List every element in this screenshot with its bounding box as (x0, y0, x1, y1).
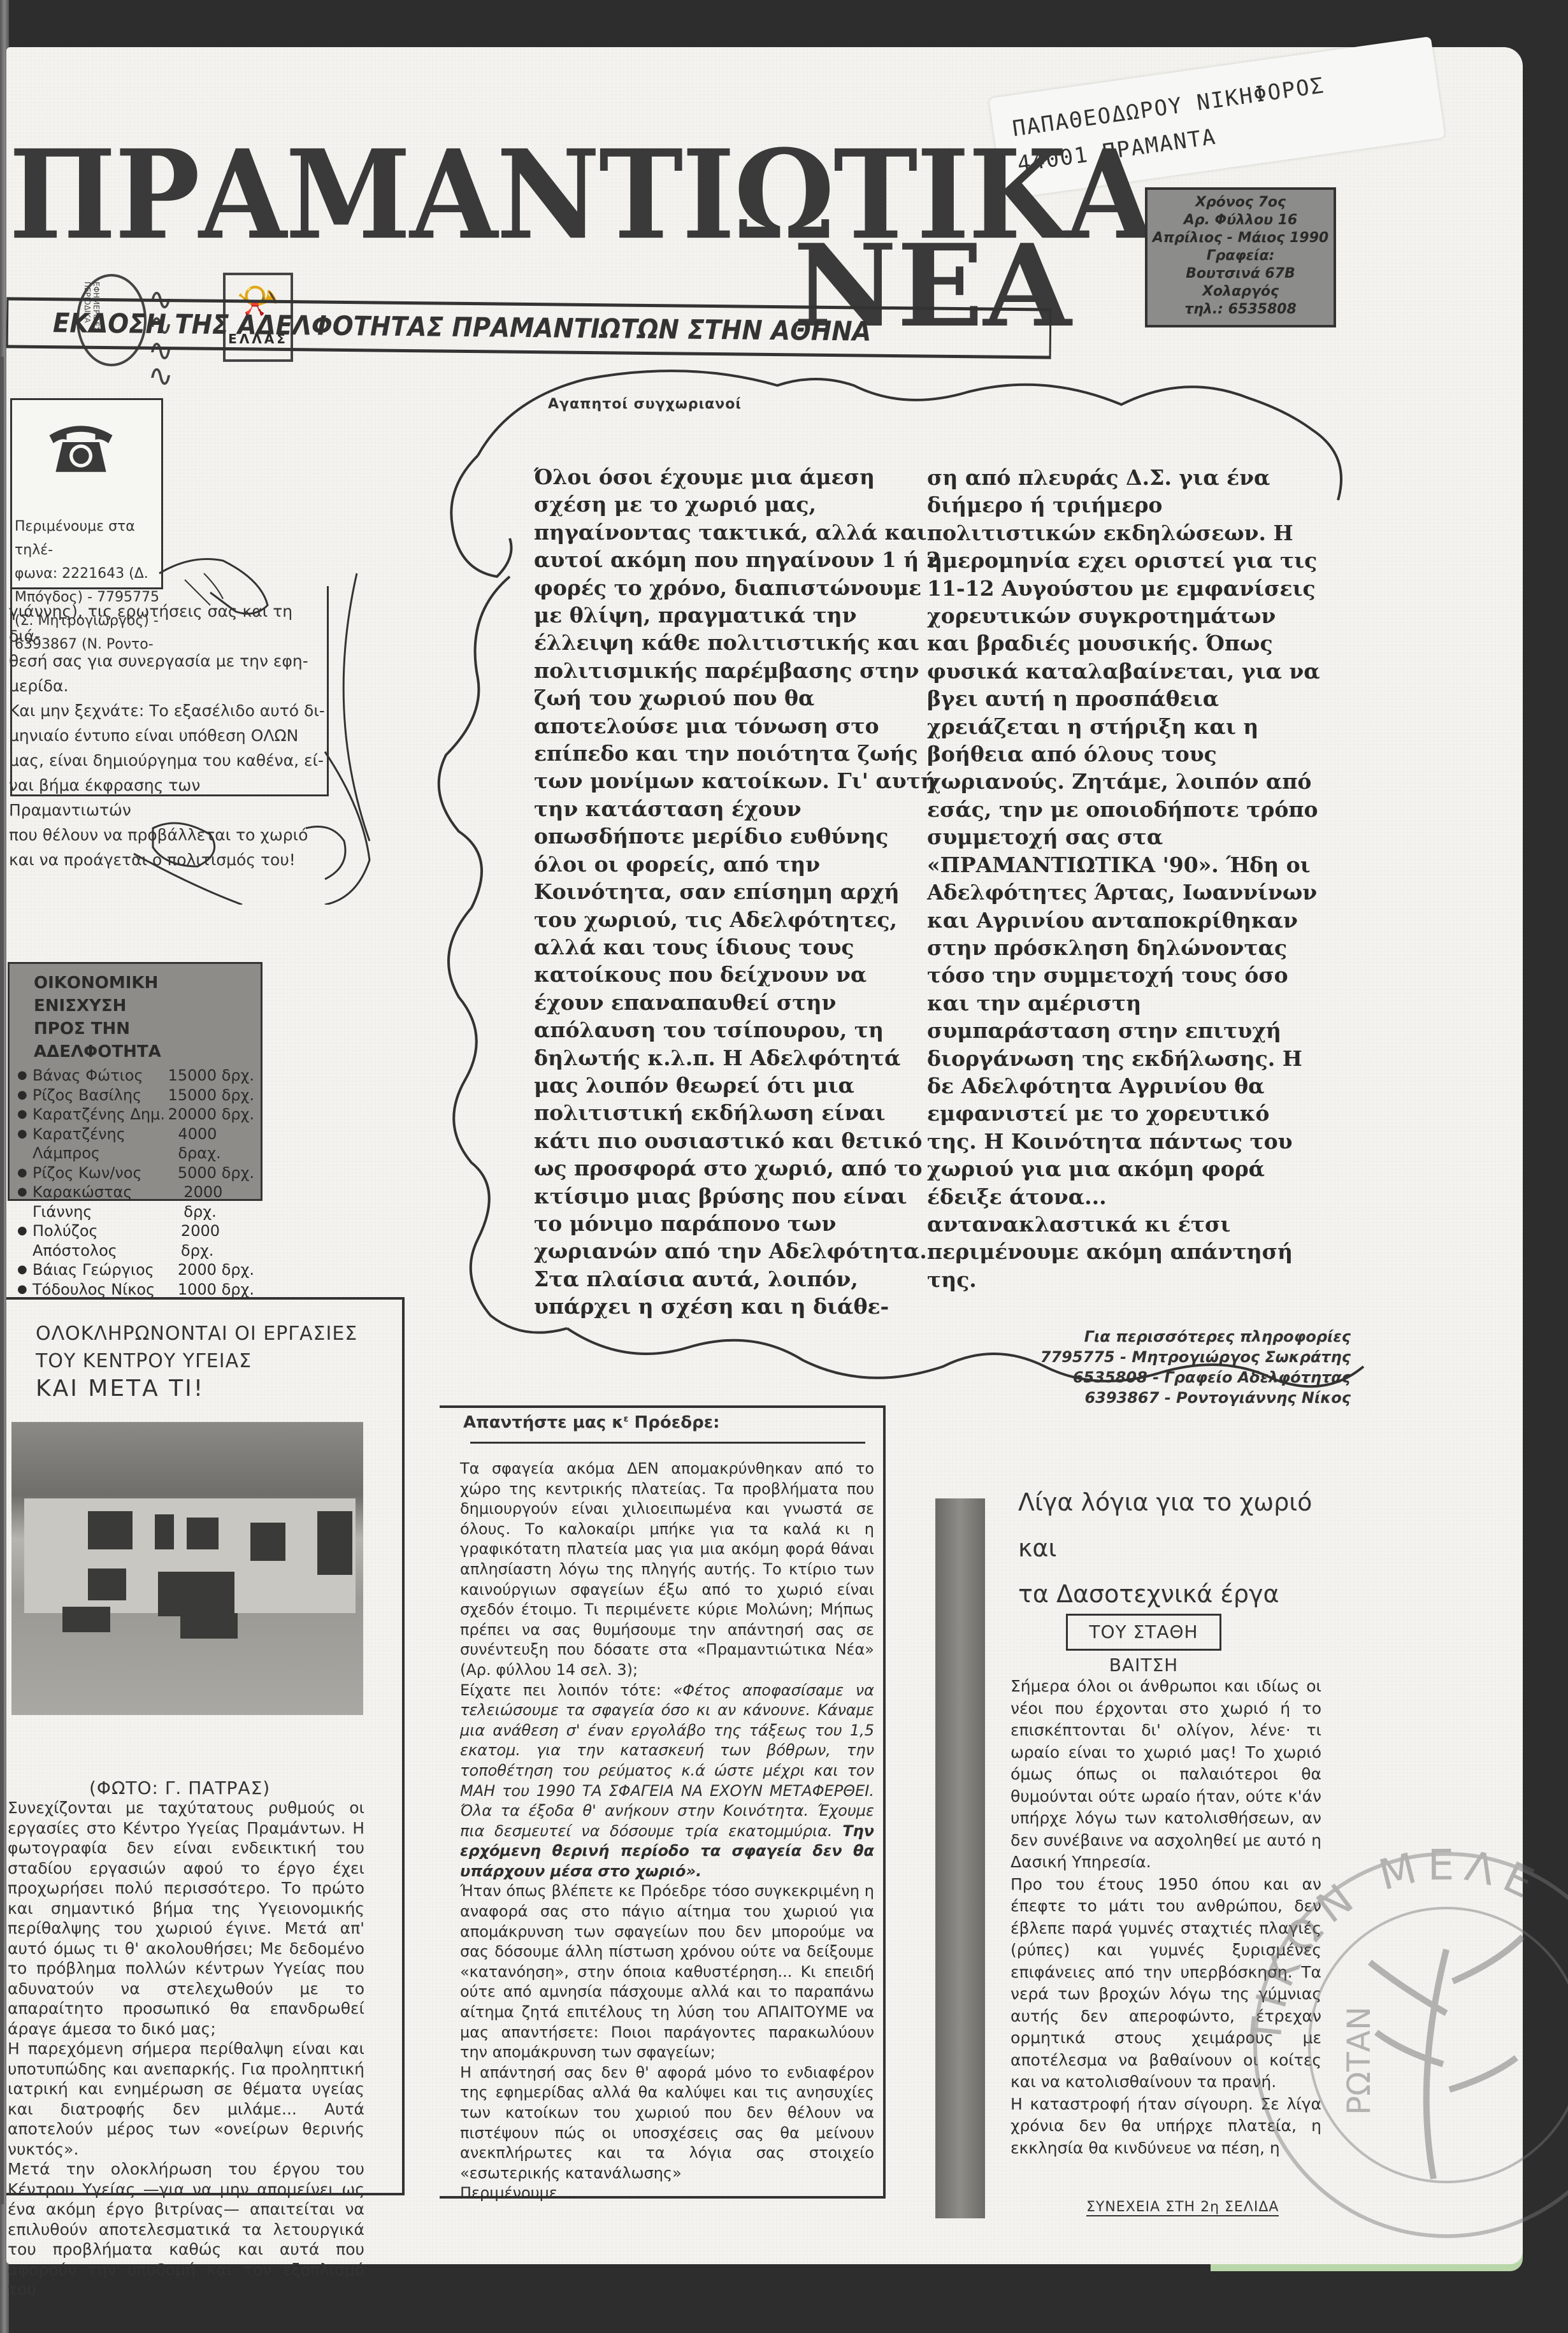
photo-window (88, 1511, 133, 1549)
letter-contact-info: Για περισσότερες πληροφορίες 7795775 - Μ… (994, 1326, 1351, 1408)
donor-name: Βάνας Φώτιος (32, 1066, 143, 1086)
title-text: Απαντήστε μας κ (463, 1413, 624, 1432)
donation-amount: 5000 δρχ. (178, 1163, 254, 1183)
donor-name: Πολύζος Απόστολος (32, 1221, 181, 1260)
issue-info-box: Χρόνος 7ος Αρ. Φύλλου 16 Απρίλιος - Μάιο… (1145, 187, 1336, 327)
offices-label: Γραφεία: (1147, 247, 1334, 265)
donation-amount: 2000 δρχ. (183, 1182, 254, 1221)
donation-item: Καρατζένης Λάμπρος4000 δραχ. (29, 1124, 254, 1163)
health-center-headline: ΟΛΟΚΛΗΡΩΝΟΝΤΑΙ ΟΙ ΕΡΓΑΣΙΕΣ ΤΟΥ ΚΕΝΤΡΟΥ Υ… (36, 1320, 357, 1402)
donor-name: Καρατζένης Δημ. (32, 1105, 165, 1124)
telephone-icon (43, 419, 119, 477)
donor-name: Τόδουλος Νίκος (32, 1280, 155, 1300)
donation-amount: 2000 δρχ. (178, 1260, 254, 1280)
photo-window (180, 1613, 238, 1639)
contact-text-line: ναι βήμα έκφρασης των Πραμαντιωτών (9, 773, 327, 822)
headline-line: ΚΑΙ ΜΕΤΑ ΤΙ! (36, 1375, 357, 1402)
letter-text: ση από πλευράς Δ.Σ. για ένα διήμερο ή τρ… (927, 464, 1322, 1293)
article-paragraph: Προ του έτους 1950 όπου και αν έπεφτε το… (1011, 1874, 1321, 2093)
article-paragraph: Είχατε πει λοιπόν τότε: «Φέτος αποφασίσα… (460, 1681, 874, 1882)
issue-date: Απρίλιος - Μάιος 1990 (1147, 229, 1334, 247)
quote-intro: Είχατε πει λοιπόν τότε: (460, 1681, 673, 1699)
answer-article-title: Απαντήστε μας κε Πρόεδρε: (463, 1413, 720, 1432)
donations-list: Βάνας Φώτιος15000 δρχ. Ρίζος Βασίλης1500… (29, 1066, 254, 1299)
article-paragraph: Μετά την ολοκλήρωση του έργου του Κέντρο… (8, 2159, 364, 2300)
donor-name: Ρίζος Κων/νος (32, 1163, 142, 1183)
article-byline: ΤΟΥ ΣΤΑΘΗ ΒΑΙΤΣΗ (1066, 1614, 1221, 1651)
contact-text-line: γιάννης), τις ερωτήσεις σας και τη διά- (9, 599, 327, 649)
donor-name: Καρακώστας Γιάννης (32, 1182, 183, 1221)
donation-amount: 2000 δρχ. (181, 1221, 254, 1260)
contact-info-line: Για περισσότερες πληροφορίες (994, 1326, 1351, 1347)
headline-line: ΟΛΟΚΛΗΡΩΝΟΝΤΑΙ ΟΙ ΕΡΓΑΣΙΕΣ (36, 1320, 357, 1347)
donation-amount: 15000 δρχ. (168, 1086, 254, 1105)
masthead-subtitle: ΕΚΔΟΣΗ ΤΗΣ ΑΔΕΛΦΟΤΗΤΑΣ ΠΡΑΜΑΝΤΙΩΤΩΝ ΣΤΗΝ… (53, 307, 872, 347)
answer-title-rule (470, 1442, 865, 1444)
article-paragraph: Η παρεχόμενη σήμερα περίθαλψη είναι και … (8, 2039, 364, 2159)
contact-text-line: μερίδα. (9, 673, 327, 698)
title-text: Πρόεδρε: (628, 1413, 719, 1432)
photo-window (88, 1568, 126, 1600)
contact-info-line: 6535808 - Γραφείο Αδελφότητας (994, 1367, 1351, 1388)
donation-amount: 1000 δρχ. (178, 1280, 254, 1300)
donor-name: Ρίζος Βασίλης (32, 1086, 141, 1105)
title-line: Λίγα λόγια για το χωριό (1018, 1479, 1312, 1525)
donation-item: Καρατζένης Δημ.20000 δρχ. (29, 1105, 254, 1124)
health-center-body: Συνεχίζονται με ταχύτατους ρυθμούς οι ερ… (8, 1798, 364, 2300)
contact-text: γιάννης), τις ερωτήσεις σας και τη διά- … (9, 599, 327, 872)
photo-window (62, 1607, 110, 1632)
health-center-building-photo (11, 1422, 363, 1715)
office-phone: τηλ.: 6535808 (1147, 301, 1334, 319)
issue-number: Αρ. Φύλλου 16 (1147, 212, 1334, 229)
donations-title-line: ΟΙΚΟΝΟΜΙΚΗ ΕΝΙΣΧΥΣΗ (34, 972, 254, 1017)
donation-amount: 15000 δρχ. (168, 1066, 254, 1086)
photo-window (158, 1572, 234, 1616)
donation-item: Καρακώστας Γιάννης2000 δρχ. (29, 1182, 254, 1221)
contact-info-line: 6393867 - Ροντογιάννης Νίκος (994, 1388, 1351, 1408)
quote-text: «Φέτος αποφασίσαμε να τελειώσουμε τα σφα… (460, 1681, 874, 1840)
article-paragraph: Σήμερα όλοι οι άνθρωποι και ιδίως οι νέο… (1011, 1676, 1321, 1874)
photo-window (317, 1511, 352, 1575)
office-street: Βουτσινά 67Β (1147, 265, 1334, 283)
letter-column-2: ση από πλευράς Δ.Σ. για ένα διήμερο ή τρ… (927, 464, 1322, 1293)
donation-item: Πολύζος Απόστολος2000 δρχ. (29, 1221, 254, 1260)
donation-item: Τόδουλος Νίκος1000 δρχ. (29, 1280, 254, 1300)
article-paragraph: Περιμένουμε.... (460, 2183, 874, 2204)
article-paragraph: Η απάντησή σας δεν θ' αφορά μόνο το ενδι… (460, 2063, 874, 2184)
article-paragraph: Τα σφαγεία ακόμα ΔΕΝ απομακρύνθηκαν από … (460, 1459, 874, 1681)
title-line: τα Δασοτεχνικά έργα (1018, 1571, 1312, 1617)
title-line: και (1018, 1525, 1312, 1571)
photo-window (187, 1518, 219, 1549)
donor-name: Καρατζένης Λάμπρος (32, 1124, 178, 1163)
donations-title: ΟΙΚΟΝΟΜΙΚΗ ΕΝΙΣΧΥΣΗ ΠΡΟΣ ΤΗΝ ΑΔΕΛΦΟΤΗΤΑ (34, 972, 254, 1063)
article-paragraph: Συνεχίζονται με ταχύτατους ρυθμούς οι ερ… (8, 1798, 364, 2039)
letter-column-1: Όλοι όσοι έχουμε μια άμεση σχέση με το χ… (534, 463, 942, 1321)
donation-item: Βάιας Γεώργιος2000 δρχ. (29, 1260, 254, 1280)
answer-article-body: Τα σφαγεία ακόμα ΔΕΝ απομακρύνθηκαν από … (460, 1459, 874, 2204)
office-city: Χολαργός (1147, 283, 1334, 301)
issue-year: Χρόνος 7ος (1147, 194, 1334, 212)
left-column-rule (0, 357, 4, 2204)
article-paragraph: Ήταν όπως βλέπετε κε Πρόεδρε τόσο συγκεκ… (460, 1881, 874, 2062)
donation-item: Ρίζος Κων/νος5000 δρχ. (29, 1163, 254, 1183)
decorative-photo-strip (935, 1498, 985, 2218)
donor-name: Βάιας Γεώργιος (32, 1260, 154, 1280)
forest-article-body: Σήμερα όλοι οι άνθρωποι και ιδίως οι νέο… (1011, 1676, 1321, 2159)
headline-line: ΤΟΥ ΚΕΝΤΡΟΥ ΥΓΕΙΑΣ (36, 1347, 357, 1375)
continued-on-page-link: ΣΥΝΕΧΕΙΑ ΣΤΗ 2η ΣΕΛΙΔΑ (1086, 2199, 1279, 2216)
letter-text: Όλοι όσοι έχουμε μια άμεση σχέση με το χ… (534, 463, 942, 1321)
donation-item: Ρίζος Βασίλης15000 δρχ. (29, 1086, 254, 1105)
photo-window (155, 1514, 174, 1549)
donation-amount: 20000 δρχ. (168, 1105, 254, 1124)
contact-text-line: Και μην ξεχνάτε: Το εξασέλιδο αυτό δι- (9, 698, 327, 723)
article-paragraph: Η καταστροφή ήταν σίγουρη. Σε λίγα χρόνι… (1011, 2093, 1321, 2160)
donations-box: ΟΙΚΟΝΟΜΙΚΗ ΕΝΙΣΧΥΣΗ ΠΡΟΣ ΤΗΝ ΑΔΕΛΦΟΤΗΤΑ … (8, 962, 263, 1201)
contact-info-line: 7795775 - Μητρογιώργος Σωκράτης (994, 1347, 1351, 1367)
donation-amount: 4000 δραχ. (178, 1124, 254, 1163)
contact-text-line: μηνιαίο έντυπο είναι υπόθεση ΟΛΩΝ (9, 723, 327, 748)
contact-text-line: μας, είναι δημιούργημα του καθένα, εί- (9, 748, 327, 773)
contact-text-line: που θέλουν να προβάλλεται το χωριό (9, 822, 327, 847)
forest-article-title: Λίγα λόγια για το χωριό και τα Δασοτεχνι… (1018, 1479, 1312, 1617)
donation-item: Βάνας Φώτιος15000 δρχ. (29, 1066, 254, 1086)
letter-greeting: Αγαπητοί συγχωριανοί (548, 396, 742, 412)
photo-window (250, 1523, 285, 1561)
donations-title-line: ΠΡΟΣ ΤΗΝ ΑΔΕΛΦΟΤΗΤΑ (34, 1017, 254, 1063)
contact-text-line: θεσή σας για συνεργασία με την εφη- (9, 649, 327, 673)
photo-credit: (ΦΩΤΟ: Γ. ΠΑΤΡΑΣ) (89, 1777, 270, 1798)
contact-text-line: και να προάγεται ο πολιτισμός του! (9, 847, 327, 872)
